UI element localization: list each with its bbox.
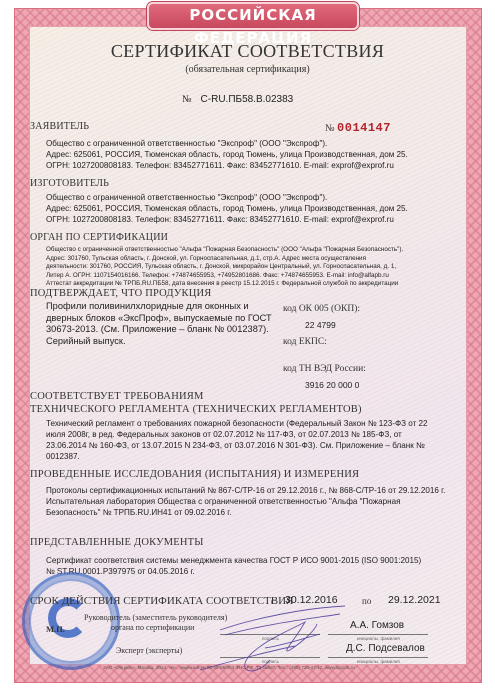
tests-line: Протоколы сертификационных испытаний № 8…	[46, 485, 445, 496]
applicant-heading: ЗАЯВИТЕЛЬ	[30, 121, 89, 132]
requirements-line: 23.06.2014 № 160-ФЗ, от 13.07.2015 N 234…	[46, 440, 425, 451]
country-banner: РОССИЙСКАЯ ФЕДЕРАЦИЯ	[147, 2, 359, 30]
validity-to-label: по	[362, 596, 371, 606]
tests-line: Испытательная лаборатория Общества с огр…	[46, 496, 401, 507]
requirements-line: июля 2008г, в ред. Федеральных законов о…	[46, 429, 402, 440]
blank-number-sign: №	[325, 123, 335, 134]
applicant-line: Адрес: 625061, РОССИЯ, Тюменская область…	[46, 149, 408, 160]
applicant-line: ОГРН: 1027200808183. Телефон: 8345277161…	[46, 160, 394, 171]
document-subtitle: (обязательная сертификация)	[0, 64, 495, 75]
expert-label: Эксперт (эксперты)	[116, 646, 182, 656]
documents-heading: ПРЕДСТАВЛЕННЫЕ ДОКУМЕНТЫ	[30, 537, 204, 548]
stamp-place-label: М.П.	[46, 624, 65, 634]
expert-name-caption: инициалы, фамилия	[357, 659, 400, 664]
head-name: А.А. Гомзов	[350, 620, 404, 631]
okp-code-label: код ОК 005 (ОКП):	[283, 304, 360, 314]
certificate-number: №C-RU.ПБ58.В.02383	[182, 94, 293, 105]
manufacturer-line: Адрес: 625061, РОССИЯ, Тюменская область…	[46, 203, 408, 214]
head-label-2: органа по сертификации	[111, 623, 194, 633]
requirements-heading: СООТВЕТСТВУЕТ ТРЕБОВАНИЯМ	[30, 391, 204, 402]
certification-body-line: деятельности: 301760, РОССИЯ, Тульская о…	[46, 263, 396, 272]
okp-code-value: 22 4799	[305, 320, 336, 330]
certificate-number-value: C-RU.ПБ58.В.02383	[201, 94, 294, 105]
requirements-line: Технический регламент о требованиях пожа…	[46, 418, 428, 429]
manufacturer-heading: ИЗГОТОВИТЕЛЬ	[30, 178, 109, 189]
tests-heading: ПРОВЕДЕННЫЕ ИССЛЕДОВАНИЯ (ИСПЫТАНИЯ) И И…	[30, 469, 359, 480]
requirements-line: 0012387.	[46, 451, 80, 462]
tnved-code-value: 3916 20 000 0	[305, 380, 359, 390]
head-name-caption: инициалы, фамилия	[357, 636, 400, 641]
certification-body-line: Адрес: 301760, Тульская область, г. Донс…	[46, 255, 366, 264]
requirements-subheading: ТЕХНИЧЕСКОГО РЕГЛАМЕНТА (ТЕХНИЧЕСКИХ РЕГ…	[30, 404, 362, 415]
manufacturer-line: ОГРН: 1027200808183. Телефон: 8345277161…	[46, 214, 394, 225]
product-description: Профили поливинилхлоридные для оконных и…	[46, 301, 276, 347]
ekps-code-label: код ЕКПС:	[283, 337, 327, 347]
tnved-code-label: код ТН ВЭД России:	[283, 364, 366, 374]
certification-body-heading: ОРГАН ПО СЕРТИФИКАЦИИ	[30, 232, 168, 243]
certification-body-line: Литер А. ОГРН: 1107154016166. Телефон: +…	[46, 272, 389, 281]
printer-info: ЗАО «Опцион», Москва, 2014, «Б», лицензи…	[103, 665, 355, 670]
certification-body-line: Общество с ограниченной ответственностью…	[46, 246, 403, 255]
number-sign: №	[182, 94, 192, 105]
manufacturer-line: Общество с ограниченной ответственностью…	[46, 192, 327, 203]
applicant-line: Общество с ограниченной ответственностью…	[46, 138, 327, 149]
product-heading: ПОДТВЕРЖДАЕТ, ЧТО ПРОДУКЦИЯ	[30, 288, 212, 299]
documents-line: Сертификат соответствия системы менеджме…	[46, 555, 421, 566]
blank-number-value: 0014147	[337, 121, 391, 135]
tests-line: Безопасность" № ТРПБ.RU.ИН41 от 09.02.20…	[46, 507, 232, 518]
document-title: СЕРТИФИКАТ СООТВЕТСТВИЯ	[0, 41, 495, 62]
validity-to-date: 29.12.2021	[388, 594, 441, 606]
blank-number: № 0014147	[325, 121, 391, 135]
expert-name: Д.С. Подсевалов	[346, 643, 425, 654]
